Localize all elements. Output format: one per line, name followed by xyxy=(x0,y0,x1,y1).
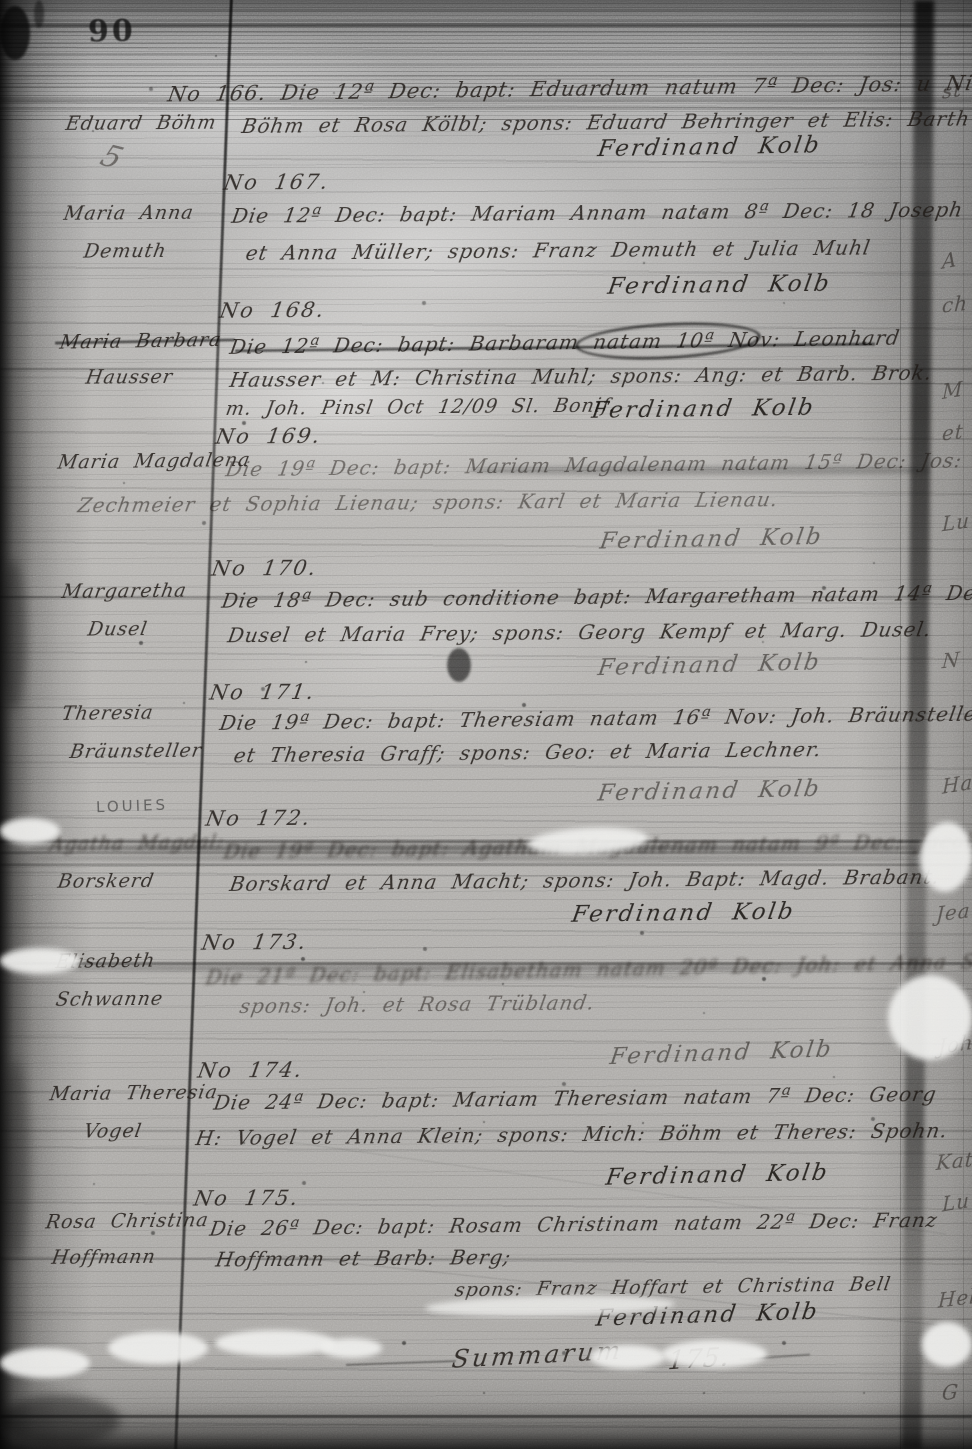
entry-number: No 169. xyxy=(214,424,323,449)
entry-line: Dusel et Maria Frey; spons: Georg Kempf … xyxy=(226,617,933,647)
entry-number: No 168. xyxy=(218,298,327,323)
edge-fragment: N xyxy=(941,647,961,673)
entry-line: Hoffmann et Barb: Berg; xyxy=(214,1245,513,1272)
entry-line: et Anna Müller; spons: Franz Demuth et J… xyxy=(244,235,873,264)
entry-margin-name: Vogel xyxy=(82,1120,144,1143)
entry-number: No 167. xyxy=(222,170,331,195)
pencil-annotation: LOUIES xyxy=(96,796,169,817)
priest-signature: Ferdinand Kolb xyxy=(604,1159,831,1190)
edge-fragment: Lu xyxy=(942,508,971,536)
entry-number: No 170. xyxy=(210,556,320,581)
entry-margin-name: Hoffmann xyxy=(50,1245,158,1268)
binding-blot xyxy=(0,560,26,710)
entry-margin-name: Hausser xyxy=(84,366,175,389)
priest-signature: Ferdinand Kolb xyxy=(596,649,823,681)
entry-margin-name: Bräunsteller xyxy=(68,739,204,762)
entry-line: Die 19ª Dec: bapt: Mariam Magdalenam nat… xyxy=(224,447,972,481)
ink-smear xyxy=(40,965,900,971)
entry-line: Die 26ª Dec: bapt: Rosam Christinam nata… xyxy=(208,1208,940,1241)
binding-blot xyxy=(34,0,44,28)
entry-line: Die 24ª Dec: bapt: Mariam Theresiam nata… xyxy=(212,1082,939,1115)
edge-fragment: Jea xyxy=(935,898,971,927)
edge-fragment: M xyxy=(942,376,964,404)
priest-signature: Ferdinand Kolb xyxy=(606,270,833,299)
edge-fragment: A xyxy=(942,246,957,273)
entry-margin-name: Maria Magdalena xyxy=(56,449,252,474)
page-number: 90 xyxy=(88,14,136,50)
entry-margin-name: Demuth xyxy=(82,240,168,263)
entry-line: Die 18ª Dec: sub conditione bapt: Margar… xyxy=(220,580,972,613)
paper-tear xyxy=(0,818,60,844)
entry-line: et Theresia Graff; spons: Geo: et Maria … xyxy=(232,737,824,767)
entry-line: Borskard et Anna Macht; spons: Joh. Bapt… xyxy=(228,864,942,895)
edge-fragment: ch xyxy=(941,290,969,317)
binding-blot xyxy=(0,6,30,60)
entry-margin-name: Maria Anna xyxy=(62,201,196,224)
paper-tear xyxy=(922,1322,972,1367)
entry-margin-name: Eduard Böhm xyxy=(64,111,218,134)
entry-line: Hausser et M: Christina Muhl; spons: Ang… xyxy=(228,360,934,391)
paper-tear xyxy=(215,1330,335,1356)
edge-fragment: Lu xyxy=(942,1188,970,1217)
entry-margin-name: Borskerd xyxy=(56,870,156,893)
entry-number: No 175. xyxy=(192,1186,302,1211)
entry-line: Die 19ª Dec: bapt: Theresiam natam 16ª N… xyxy=(218,701,972,734)
top-scan-streaks xyxy=(0,0,972,120)
priest-signature: Ferdinand Kolb xyxy=(590,394,817,423)
entry-line: spons: Joh. et Rosa Trübland. xyxy=(238,990,597,1018)
ink-smear xyxy=(470,466,930,475)
paper-tear xyxy=(108,1332,208,1364)
scan-streak xyxy=(0,1415,972,1418)
entry-line: Die 12ª Dec: bapt: Barbaram natam 10ª No… xyxy=(228,325,902,358)
entry-margin-name: Schwanne xyxy=(54,987,165,1010)
paper-tear xyxy=(590,1345,665,1369)
margin-flourish: 5 xyxy=(95,139,129,176)
paper-tear xyxy=(662,1340,767,1368)
entry-number: No 171. xyxy=(208,680,318,705)
summary-flourish xyxy=(346,1360,456,1366)
ink-blot xyxy=(447,648,471,682)
paper-tear xyxy=(0,948,80,974)
entry-margin-name: Margaretha xyxy=(60,579,189,602)
paper-tear xyxy=(320,1338,382,1358)
ink-smear xyxy=(200,975,700,979)
entry-number: No 174. xyxy=(196,1058,306,1083)
edge-fragment: Kath xyxy=(935,1145,972,1175)
entry-margin-name: Agatha Magdal: xyxy=(48,830,226,855)
ink-scribble xyxy=(574,318,762,364)
scanned-register-page: 90 No 166. Die 12ª Dec: bapt: Eduardum n… xyxy=(0,0,972,1449)
entry-margin-name: Theresia xyxy=(60,701,155,724)
entry-note: m. Joh. Pinsl Oct 12/09 Sl. Bonif. xyxy=(224,394,618,419)
priest-signature: Ferdinand Kolb xyxy=(608,1036,835,1070)
ink-specks xyxy=(0,0,2,2)
priest-signature: Ferdinand Kolb xyxy=(570,898,797,927)
priest-signature: Ferdinand Kolb xyxy=(596,132,823,162)
edge-fragment: Ha xyxy=(942,769,972,798)
binding-blot xyxy=(0,1395,120,1445)
entry-line: Die 12ª Dec: bapt: Mariam Annam natam 8ª… xyxy=(230,196,972,227)
priest-signature: Ferdinand Kolb xyxy=(598,524,825,555)
binding-blot xyxy=(0,1060,30,1260)
edge-fragment: st xyxy=(942,76,963,103)
priest-signature: Ferdinand Kolb xyxy=(596,776,823,807)
entry-margin-name: Maria Theresia xyxy=(48,1081,220,1105)
entry-line: H: Vogel et Anna Klein; spons: Mich: Böh… xyxy=(194,1118,950,1150)
entry-line: Zechmeier et Sophia Lienau; spons: Karl … xyxy=(76,487,780,517)
paper-tear xyxy=(0,1348,90,1378)
ink-smear xyxy=(30,856,910,860)
entry-margin-name: Rosa Christina xyxy=(44,1209,210,1233)
edge-fragment: et xyxy=(941,418,964,445)
entry-margin-name: Dusel xyxy=(86,618,149,641)
edge-fragment: G xyxy=(941,1379,960,1405)
edge-fragment: Hel xyxy=(938,1283,972,1312)
entry-number: No 173. xyxy=(200,930,309,955)
scan-streak xyxy=(0,24,972,27)
entry-number: No 172. xyxy=(204,806,313,831)
ink-smear xyxy=(30,845,930,851)
